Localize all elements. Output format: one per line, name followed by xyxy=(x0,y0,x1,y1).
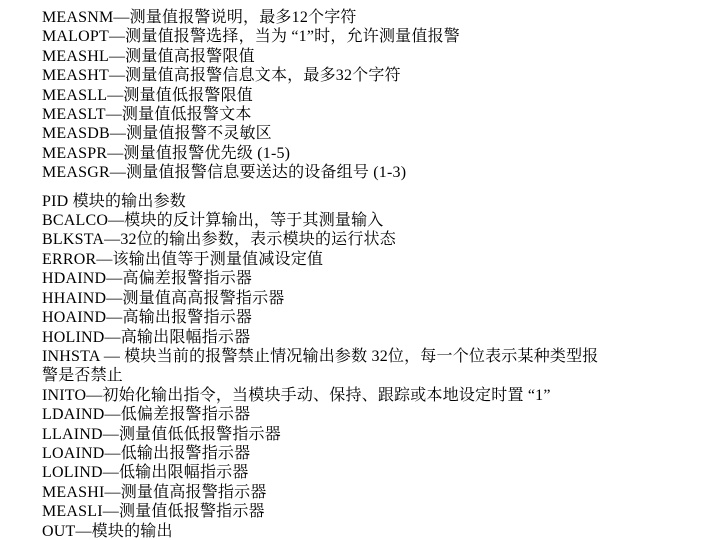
text-line: HHAIND—测量值高高报警指示器 xyxy=(42,289,702,308)
text-line: MEASHI—测量值高报警指示器 xyxy=(42,483,702,502)
text-line: LOLIND—低输出限幅指示器 xyxy=(42,463,702,482)
text-line: INHSTA — 模块当前的报警禁止情况输出参数 32位，每一个位表示某种类型报 xyxy=(42,347,702,366)
text-line: 警是否禁止 xyxy=(42,366,702,385)
text-line: INITO—初始化输出指令，当模块手动、保持、跟踪或本地设定时置 “1” xyxy=(42,386,702,405)
text-line: MEASLI—测量值低报警指示器 xyxy=(42,502,702,521)
paragraph-pid-output-parameters: PID 模块的输出参数BCALCO—模块的反计算输出，等于其测量输入BLKSTA… xyxy=(42,192,702,540)
text-line: HDAIND—高偏差报警指示器 xyxy=(42,269,702,288)
text-line: MEASHL—测量值高报警限值 xyxy=(42,47,702,66)
text-line: BCALCO—模块的反计算输出，等于其测量输入 xyxy=(42,211,702,230)
text-line: MEASGR—测量值报警信息要送达的设备组号 (1-3) xyxy=(42,163,702,182)
text-line: MEASLT—测量值低报警文本 xyxy=(42,105,702,124)
text-line: MALOPT—测量值报警选择，当为 “1”时，允许测量值报警 xyxy=(42,27,702,46)
text-line: MEASHT—测量值高报警信息文本，最多32个字符 xyxy=(42,66,702,85)
text-line: OUT—模块的输出 xyxy=(42,522,702,540)
document-page: MEASNM—测量值报警说明，最多12个字符MALOPT—测量值报警选择，当为 … xyxy=(0,0,720,540)
paragraph-measurement-alarm-parameters: MEASNM—测量值报警说明，最多12个字符MALOPT—测量值报警选择，当为 … xyxy=(42,8,702,183)
text-line: ERROR—该输出值等于测量值减设定值 xyxy=(42,250,702,269)
text-line: MEASNM—测量值报警说明，最多12个字符 xyxy=(42,8,702,27)
text-line: MEASDB—测量值报警不灵敏区 xyxy=(42,124,702,143)
text-line: MEASPR—测量值报警优先级 (1-5) xyxy=(42,144,702,163)
text-line: PID 模块的输出参数 xyxy=(42,192,702,211)
text-line: HOAIND—高输出报警指示器 xyxy=(42,308,702,327)
text-line: LDAIND—低偏差报警指示器 xyxy=(42,405,702,424)
text-line: BLKSTA—32位的输出参数，表示模块的运行状态 xyxy=(42,230,702,249)
text-line: LLAIND—测量值低低报警指示器 xyxy=(42,425,702,444)
text-line: LOAIND—低输出报警指示器 xyxy=(42,444,702,463)
text-line: HOLIND—高输出限幅指示器 xyxy=(42,328,702,347)
text-line: MEASLL—测量值低报警限值 xyxy=(42,86,702,105)
